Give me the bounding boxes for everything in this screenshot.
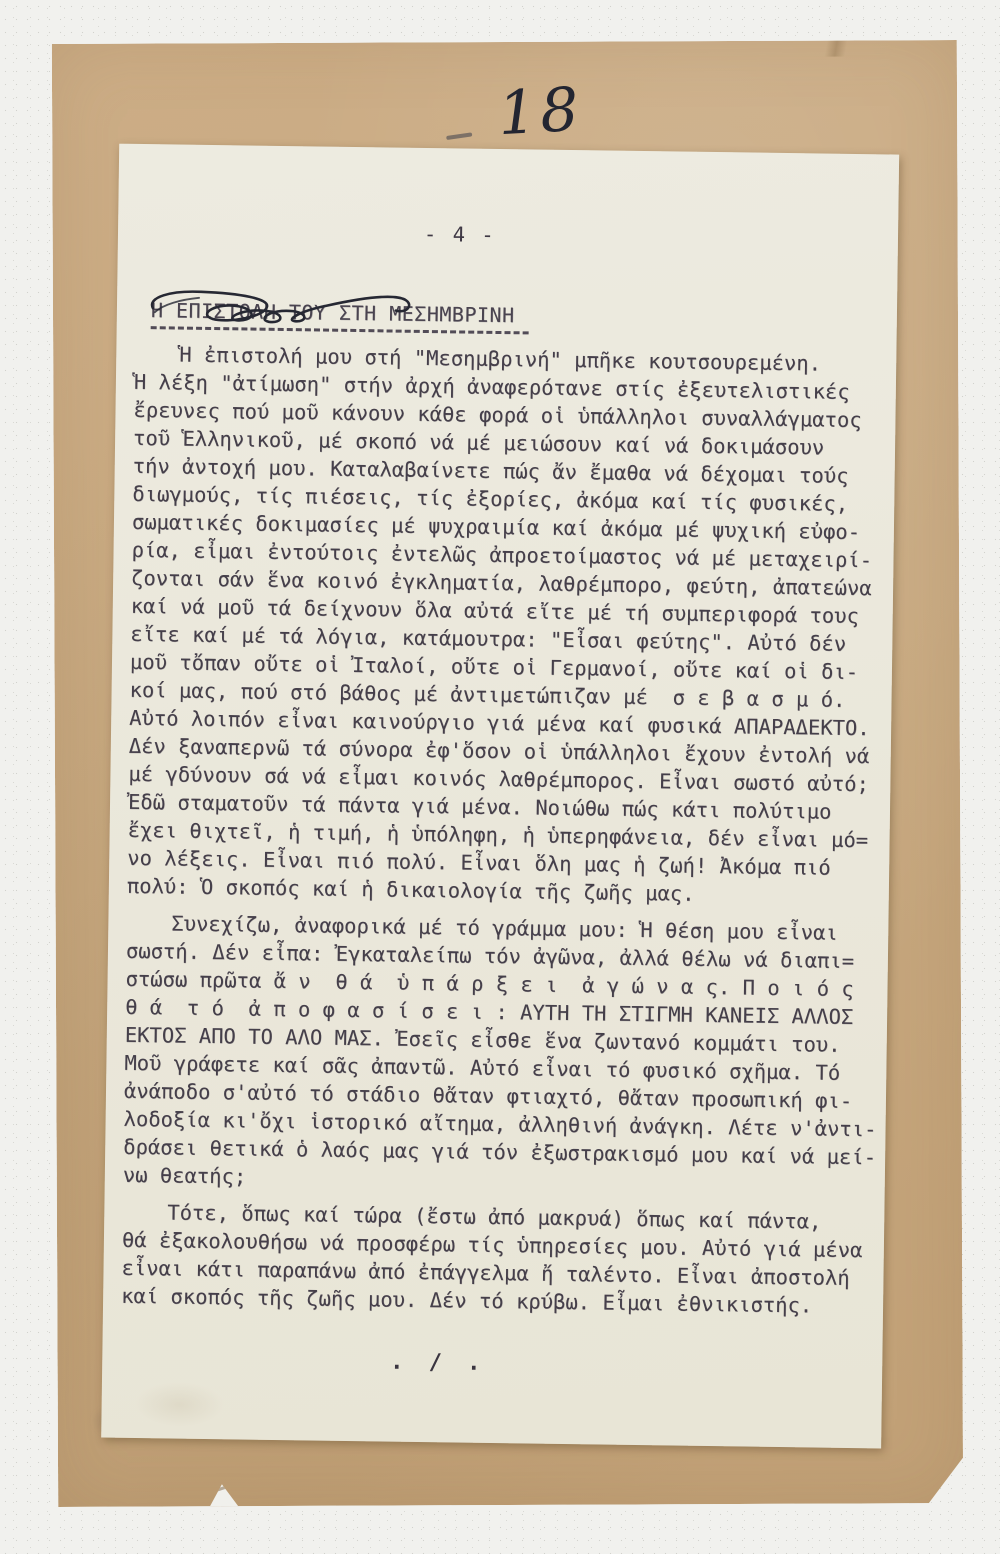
paragraph: Συνεχίζω, ἀναφορικά μέ τό γράμμα μου: Ἡ … bbox=[123, 909, 875, 1199]
cardboard-backing: 18 - 4 - Η ΕΠΙΣΤΟΛΗ ΤΟΥ ΣΤΗ ΜΕΣΗΜΒΡΙΝΗ Ἡ… bbox=[52, 40, 963, 1507]
page-number: - 4 - bbox=[424, 222, 496, 247]
heading-section: Η ΕΠΙΣΤΟΛΗ ΤΟΥ ΣΤΗ ΜΕΣΗΜΒΡΙΝΗ bbox=[151, 298, 529, 334]
cardboard-edge-tear bbox=[208, 1484, 238, 1506]
paper-stain bbox=[119, 1374, 240, 1436]
paragraph: Ἡ ἐπιστολή μου στή "Μεσημβρινή" μπῆκε κο… bbox=[127, 340, 883, 910]
typed-body: Ἡ ἐπιστολή μου στή "Μεσημβρινή" μπῆκε κο… bbox=[121, 340, 882, 1320]
paragraph: Τότε, ὅπως καί τώρα (ἔστω ἀπό μακρυά) ὅπ… bbox=[121, 1198, 870, 1320]
cardboard-crease bbox=[792, 40, 882, 56]
handwritten-page-number: 18 bbox=[496, 80, 584, 145]
handwritten-dash bbox=[446, 132, 472, 140]
typed-page: - 4 - Η ΕΠΙΣΤΟΛΗ ΤΟΥ ΣΤΗ ΜΕΣΗΜΒΡΙΝΗ Ἡ ἐπ… bbox=[101, 144, 899, 1449]
document-heading: Η ΕΠΙΣΤΟΛΗ ΤΟΥ ΣΤΗ ΜΕΣΗΜΒΡΙΝΗ bbox=[151, 298, 529, 334]
end-mark: . / . bbox=[390, 1350, 487, 1376]
